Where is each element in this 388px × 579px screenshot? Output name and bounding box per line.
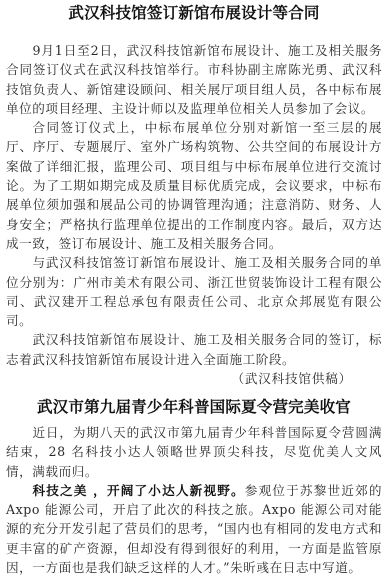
newsletter-page: 武汉科技馆签订新馆布展设计等合同 9月1日至2日，武汉科技馆新馆布展设计、施工及… [0,0,388,579]
article-paragraph: 科技之美 ，开阔了小达人新视野。参观位于苏黎世近郊的 Axpo 能源公司，开启了… [0,481,388,577]
article-museum-contract: 武汉科技馆签订新馆布展设计等合同 9月1日至2日，武汉科技馆新馆布展设计、施工及… [0,3,388,388]
article-title: 武汉市第九届青少年科普国际夏令营完美收官 [0,397,388,417]
article-paragraph: 与武汉科技馆签订新馆布展设计、施工及相关服务合同的单位分别为：广州市美术有限公司… [0,253,388,330]
article-summer-camp: 武汉市第九届青少年科普国际夏令营完美收官 近日，为期八天的武汉市第九届青少年科普… [0,397,388,577]
article-paragraph: 合同签订仪式上，中标布展单位分别对新馆一至三层的展厅、序厅、专题展厅、室外广场构… [0,118,388,253]
paragraph-bold-lead: 科技之美 ，开阔了小达人新视野。 [32,483,244,498]
article-paragraph: 近日，为期八天的武汉市第九届青少年科普国际夏令营圆满结束，28 名科技小达人领略… [0,423,388,481]
article-source-credit: （武汉科技馆供稿） [0,369,388,388]
article-title: 武汉科技馆签订新馆布展设计等合同 [0,3,388,23]
article-paragraph: 9月1日至2日，武汉科技馆新馆布展设计、施工及相关服务合同签订仪式在武汉科技馆举… [0,41,388,118]
article-paragraph: 武汉科技馆新馆布展设计、施工及相关服务合同的签订，标志着武汉科技馆新馆布展设计进… [0,330,388,369]
